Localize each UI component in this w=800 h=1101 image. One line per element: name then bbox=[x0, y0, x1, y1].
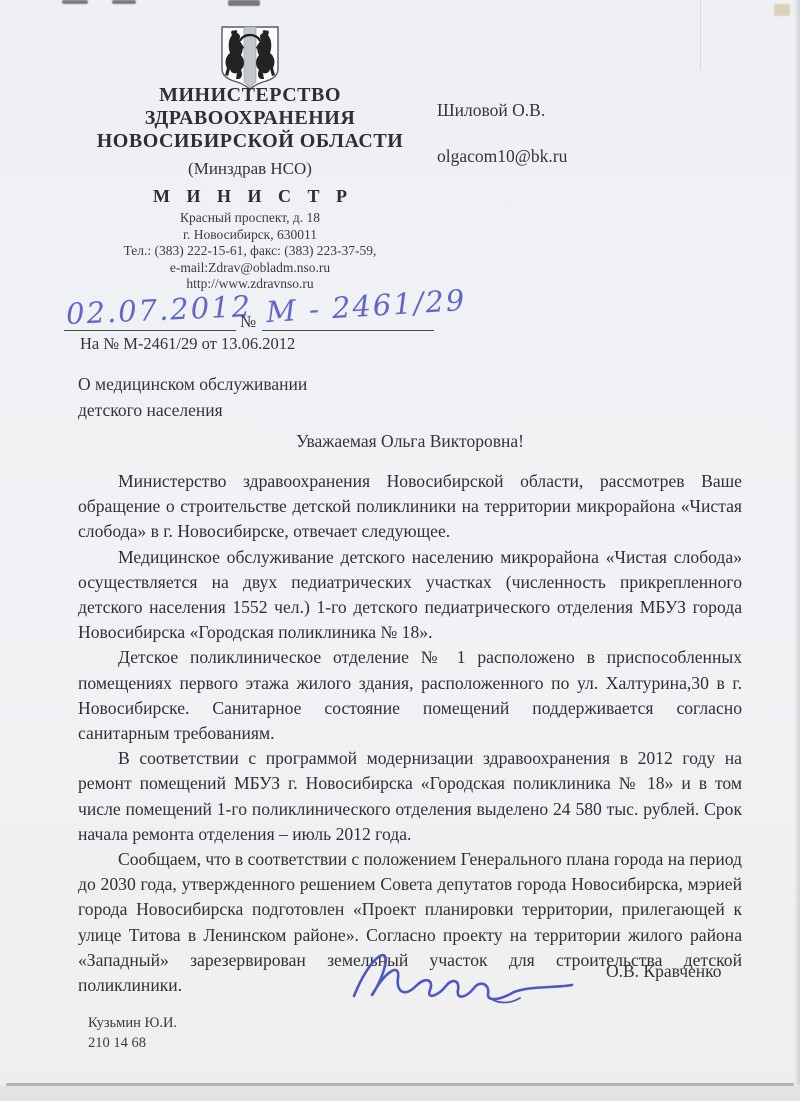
scanned-letter-page: МИНИСТЕРСТВО ЗДРАВООХРАНЕНИЯ НОВОСИБИРСК… bbox=[0, 0, 800, 1101]
addressee-name: Шиловой О.В. bbox=[437, 100, 545, 121]
ministry-address-block: Красный проспект, д. 18 г. Новосибирск, … bbox=[40, 210, 460, 293]
subject-line1: О медицинском обслуживании bbox=[78, 371, 307, 397]
scan-smudge bbox=[774, 4, 790, 16]
body-paragraph: В соответствии с программой модернизации… bbox=[78, 746, 742, 847]
signer-name: О.В. Кравченко bbox=[606, 961, 722, 982]
address-city: г. Новосибирск, 630011 bbox=[40, 227, 460, 244]
position-title: М И Н И С Т Р bbox=[40, 186, 460, 207]
paper-edge-shadow bbox=[794, 0, 800, 1085]
addressee-block: Шиловой О.В. olgacom10@bk.ru bbox=[437, 100, 545, 121]
executor-block: Кузьмин Ю.И. 210 14 68 bbox=[88, 1013, 177, 1053]
subject-line2: детского населения bbox=[78, 397, 307, 423]
address-phone-fax: Тел.: (383) 222-15-61, факс: (383) 223-3… bbox=[40, 243, 460, 260]
number-underline bbox=[262, 330, 434, 331]
letter-body: Министерство здравоохранения Новосибирск… bbox=[78, 469, 742, 998]
handwritten-signature-icon bbox=[340, 938, 590, 1022]
address-street: Красный проспект, д. 18 bbox=[40, 210, 460, 227]
ministry-name-line1: МИНИСТЕРСТВО bbox=[40, 84, 460, 107]
novosibirsk-coat-of-arms-icon bbox=[219, 24, 281, 92]
ministry-short-name: (Минздрав НСО) bbox=[40, 159, 460, 179]
handwritten-outgoing-date: 02.07.2012 bbox=[65, 289, 252, 331]
number-sign: № bbox=[240, 312, 256, 332]
scan-crease-line bbox=[700, 0, 701, 70]
salutation: Уважаемая Ольга Викторовна! bbox=[78, 431, 742, 452]
executor-phone: 210 14 68 bbox=[88, 1033, 177, 1053]
body-paragraph: Медицинское обслуживание детского населе… bbox=[78, 545, 742, 646]
scan-smudge bbox=[112, 0, 136, 4]
ministry-name-line2: ЗДРАВООХРАНЕНИЯ bbox=[40, 107, 460, 130]
ministry-name-line3: НОВОСИБИРСКОЙ ОБЛАСТИ bbox=[40, 130, 460, 153]
scan-smudge bbox=[62, 0, 88, 4]
scan-smudge bbox=[228, 0, 260, 6]
executor-name: Кузьмин Ю.И. bbox=[88, 1013, 177, 1033]
body-paragraph: Министерство здравоохранения Новосибирск… bbox=[78, 469, 742, 545]
addressee-email: olgacom10@bk.ru bbox=[437, 146, 567, 167]
address-email: e-mail:Zdrav@obladm.nso.ru bbox=[40, 260, 460, 277]
subject-block: О медицинском обслуживании детского насе… bbox=[78, 371, 307, 423]
date-underline bbox=[64, 330, 236, 331]
scanner-background bbox=[0, 1086, 800, 1101]
reply-reference-line: На № М-2461/29 от 13.06.2012 bbox=[80, 334, 295, 354]
body-paragraph: Детское поликлиническое отделение № 1 ра… bbox=[78, 645, 742, 746]
